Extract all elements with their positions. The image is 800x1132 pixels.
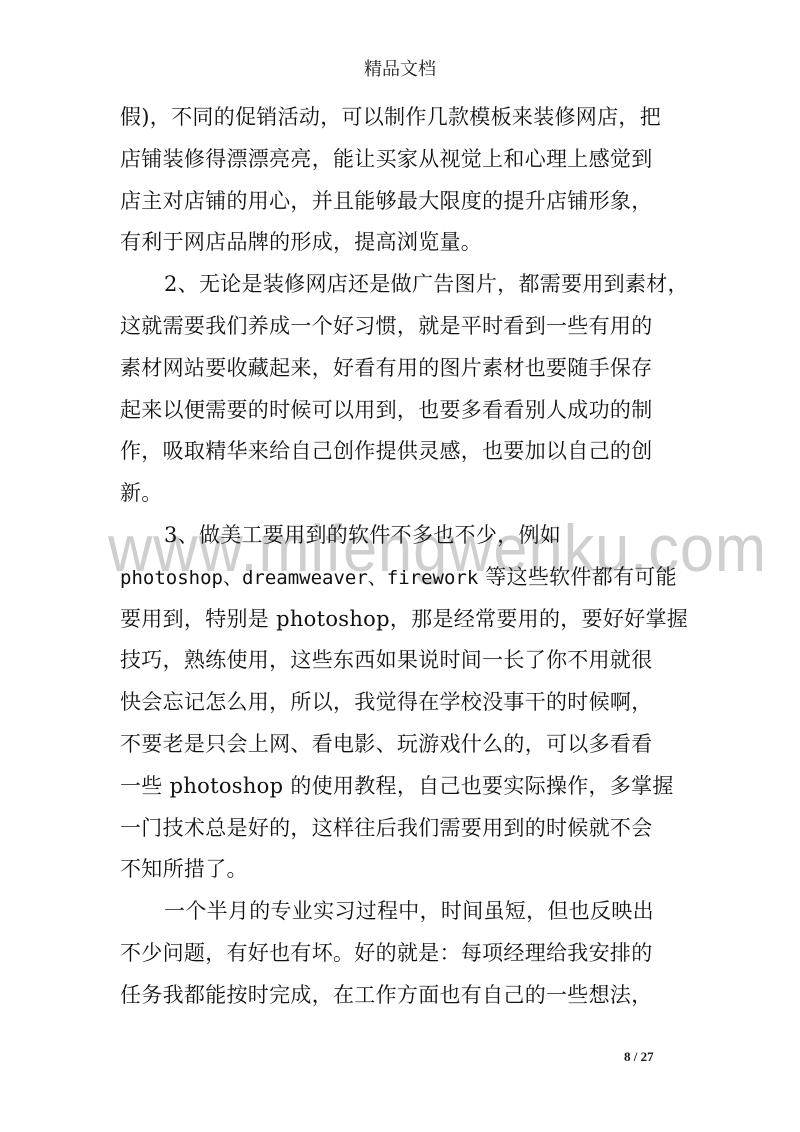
text-line: 一门技术总是好的，这样往后我们需要用到的时候就不会 bbox=[120, 808, 690, 850]
paragraph-start-line: 3、做美工要用到的软件不多也不少，例如 bbox=[120, 515, 690, 557]
document-body: 假)，不同的促销活动，可以制作几款模板来装修网店，把 店铺装修得漂漂亮亮，能让买… bbox=[120, 97, 690, 1017]
text-line: 新。 bbox=[120, 473, 690, 515]
text-line: 店铺装修得漂漂亮亮，能让买家从视觉上和心理上感觉到 bbox=[120, 139, 690, 181]
page-number: 8 / 27 bbox=[624, 1049, 654, 1065]
text-line: 起来以便需要的时候可以用到，也要多看看别人成功的制 bbox=[120, 390, 690, 432]
text-line: 要用到，特别是 photoshop，那是经常要用的，要好好掌握 bbox=[120, 599, 690, 641]
text-line: 这就需要我们养成一个好习惯，就是平时看到一些有用的 bbox=[120, 306, 690, 348]
text-line: 任务我都能按时完成，在工作方面也有自己的一些想法， bbox=[120, 975, 690, 1017]
text-line: 不少问题，有好也有坏。好的就是：每项经理给我安排的 bbox=[120, 933, 690, 975]
text-line: 一些 photoshop 的使用教程，自己也要实际操作，多掌握 bbox=[120, 766, 690, 808]
page-header-title: 精品文档 bbox=[0, 58, 800, 82]
text-line-software-list: photoshop、dreamweaver、firework 等这些软件都有可能 bbox=[120, 557, 690, 599]
text-line: 不知所措了。 bbox=[120, 849, 690, 891]
text-line: 有利于网店品牌的形成，提高浏览量。 bbox=[120, 222, 690, 264]
text-line: 快会忘记怎么用，所以，我觉得在学校没事干的时候啊， bbox=[120, 682, 690, 724]
paragraph-start-line: 一个半月的专业实习过程中，时间虽短，但也反映出 bbox=[120, 891, 690, 933]
text-line-rest: 等这些软件都有可能 bbox=[478, 565, 677, 589]
software-names: photoshop、dreamweaver、firework bbox=[120, 567, 478, 589]
text-line: 店主对店铺的用心，并且能够最大限度的提升店铺形象， bbox=[120, 181, 690, 223]
text-line: 技巧，熟练使用，这些东西如果说时间一长了你不用就很 bbox=[120, 640, 690, 682]
text-line: 假)，不同的促销活动，可以制作几款模板来装修网店，把 bbox=[120, 97, 690, 139]
text-line: 素材网站要收藏起来，好看有用的图片素材也要随手保存 bbox=[120, 348, 690, 390]
text-line: 作，吸取精华来给自己创作提供灵感，也要加以自己的创 bbox=[120, 431, 690, 473]
paragraph-start-line: 2、无论是装修网店还是做广告图片，都需要用到素材， bbox=[120, 264, 690, 306]
text-line: 不要老是只会上网、看电影、玩游戏什么的，可以多看看 bbox=[120, 724, 690, 766]
